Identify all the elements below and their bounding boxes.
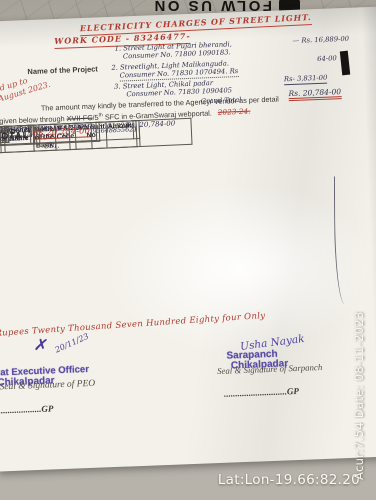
- grand-total-amount: Rs. 20,784-00: [288, 87, 341, 101]
- peo-signature-scribble: ✗: [32, 335, 49, 357]
- amount-in-words: Rupees Twenty Thousand Seven Hundred Eig…: [0, 303, 376, 338]
- gps-watermark-latlon: Lat:Lon-19.66:82.20: [218, 472, 360, 488]
- gps-watermark-accuracy-date: Acur:7.54 Date: 08-11-2023: [352, 240, 366, 480]
- cell-amount: Rs. 20,784-00: [138, 118, 191, 146]
- cell-amount: [136, 121, 140, 139]
- total-amount: Rs 20,784-00: [33, 126, 90, 139]
- cell-ifsc: 0001328.: [96, 121, 133, 140]
- project-item-3-amount: Rs- 3,831-00: [284, 75, 328, 85]
- project-item-1-amount: — Rs. 16,889-00: [292, 36, 349, 46]
- sarpanch-gp-line: ............................GP: [224, 386, 299, 399]
- total-amount-cell: Rs 20,784-00: [39, 122, 100, 144]
- peo-gp-line: ....................GP: [0, 403, 54, 415]
- pen-stroke-line: [334, 176, 349, 304]
- peo-signature-date: 20/11/23: [54, 332, 90, 355]
- document-photo: FOLW US ON ELECTRICITY CHARGES OF STREET…: [0, 0, 376, 500]
- total-label-cell: TOTAL: [0, 125, 31, 146]
- document-paper: ELECTRICITY CHARGES OF STREET LIGHT. WOR…: [0, 6, 376, 471]
- project-item-2-amount: 64-00: [317, 55, 337, 64]
- paid-upto-note: Paid up to August 2023.: [0, 70, 51, 106]
- cell-ifsc-text: 0001328.: [98, 121, 132, 131]
- year-note: 2023-24.: [218, 107, 251, 117]
- total-label: TOTAL: [0, 126, 29, 141]
